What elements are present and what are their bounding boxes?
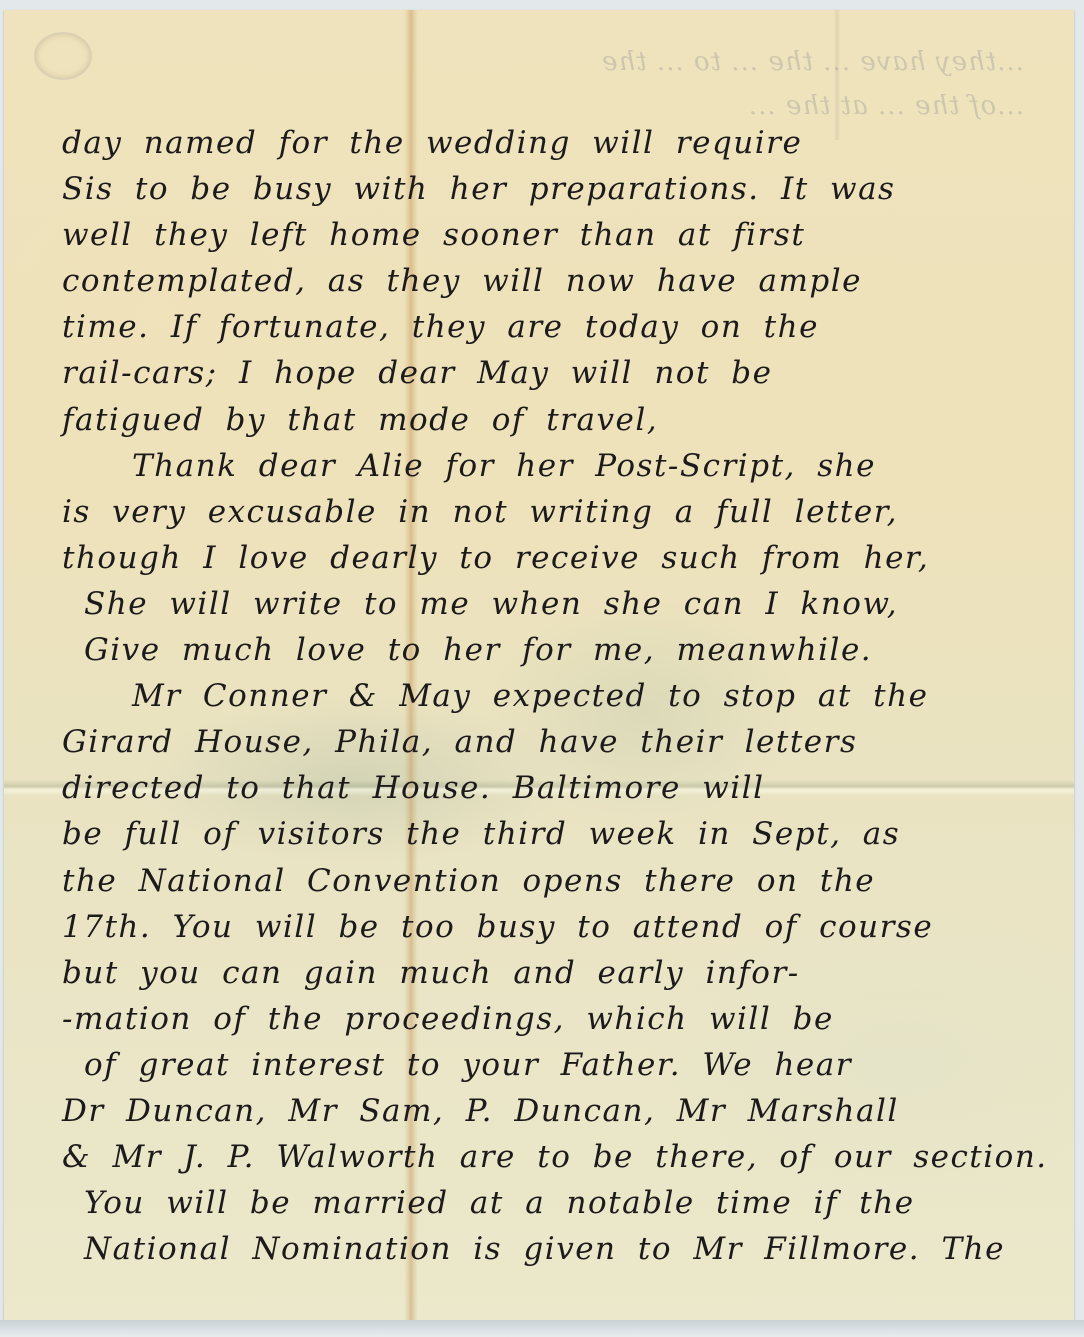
- letter-line: Give much love to her for me, meanwhile.: [62, 627, 1052, 673]
- ink-bleed-through: ...they have ... the ... to ... the ...o…: [504, 40, 1024, 128]
- embossed-stationer-seal-icon: [34, 32, 92, 80]
- letter-line: 17th. You will be too busy to attend of …: [62, 904, 1052, 950]
- letter-line: time. If fortunate, they are today on th…: [62, 304, 1052, 350]
- letter-line: rail-cars; I hope dear May will not be: [62, 350, 1052, 396]
- letter-line: You will be married at a notable time if…: [62, 1180, 1052, 1226]
- letter-line: though I love dearly to receive such fro…: [62, 535, 1052, 581]
- letter-line: & Mr J. P. Walworth are to be there, of …: [62, 1134, 1052, 1180]
- letter-line: fatigued by that mode of travel,: [62, 397, 1052, 443]
- scanner-bed-edge: [0, 1320, 1084, 1337]
- letter-line: She will write to me when she can I know…: [62, 581, 1052, 627]
- letter-body: day named for the wedding will require S…: [62, 120, 1052, 1272]
- letter-line: is very excusable in not writing a full …: [62, 489, 1052, 535]
- letter-line: -mation of the proceedings, which will b…: [62, 996, 1052, 1042]
- letter-line: well they left home sooner than at first: [62, 212, 1052, 258]
- bleed-line: ...they have ... the ... to ... the: [504, 40, 1024, 84]
- letter-line: of great interest to your Father. We hea…: [62, 1042, 1052, 1088]
- letter-line: National Nomination is given to Mr Fillm…: [62, 1226, 1052, 1272]
- letter-line: contemplated, as they will now have ampl…: [62, 258, 1052, 304]
- letter-line: Dr Duncan, Mr Sam, P. Duncan, Mr Marshal…: [62, 1088, 1052, 1134]
- letter-line: Sis to be busy with her preparations. It…: [62, 166, 1052, 212]
- letter-line: be full of visitors the third week in Se…: [62, 811, 1052, 857]
- letter-line-paragraph-start: Mr Conner & May expected to stop at the: [62, 673, 1052, 719]
- letter-line: the National Convention opens there on t…: [62, 858, 1052, 904]
- letter-line: directed to that House. Baltimore will: [62, 765, 1052, 811]
- letter-line: but you can gain much and early infor-: [62, 950, 1052, 996]
- scanned-letter-page: ...they have ... the ... to ... the ...o…: [0, 0, 1084, 1337]
- letter-line-paragraph-start: Thank dear Alie for her Post-Script, she: [62, 443, 1052, 489]
- letter-line: Girard House, Phila, and have their lett…: [62, 719, 1052, 765]
- letter-line: day named for the wedding will require: [62, 120, 1052, 166]
